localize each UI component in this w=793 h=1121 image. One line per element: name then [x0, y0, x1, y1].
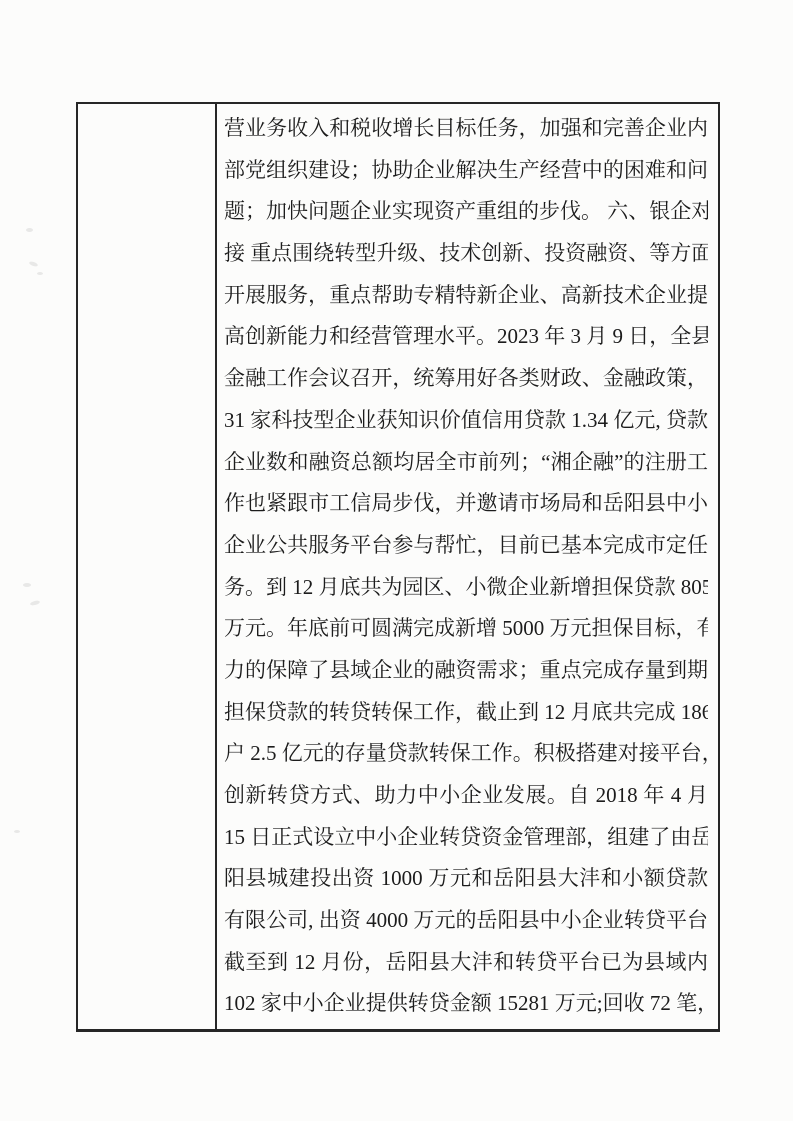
text-line: 务。到 12 月底共为园区、小微企业新增担保贷款 8050 — [224, 567, 708, 609]
text-line: 作也紧跟市工信局步伐，并邀请市场局和岳阳县中小 — [224, 483, 708, 525]
text-line: 31 家科技型企业获知识价值信用贷款 1.34 亿元, 贷款 — [224, 400, 708, 442]
text-line: 15 日正式设立中小企业转贷资金管理部，组建了由岳 — [224, 817, 708, 859]
text-line: 接 重点围绕转型升级、技术创新、投资融资、等方面 — [224, 233, 708, 275]
text-line: 题；加快问题企业实现资产重组的步伐。 六、银企对 — [224, 191, 708, 233]
text-line: 企业公共服务平台参与帮忙，目前已基本完成市定任 — [224, 525, 708, 567]
scan-speck — [37, 272, 43, 275]
scan-speck — [29, 261, 39, 268]
text-line: 有限公司, 出资 4000 万元的岳阳县中小企业转贷平台 — [224, 900, 708, 942]
text-line: 力的保障了县域企业的融资需求；重点完成存量到期 — [224, 650, 708, 692]
scan-speck — [14, 830, 20, 833]
text-line: 阳县城建投出资 1000 万元和岳阳县大沣和小额贷款 — [224, 858, 708, 900]
scanned-document-page: 营业务收入和税收增长目标任务，加强和完善企业内 部党组织建设；协助企业解决生产经… — [0, 0, 793, 1121]
scan-speck — [26, 228, 33, 232]
text-line: 创新转贷方式、助力中小企业发展。自 2018 年 4 月 — [224, 775, 708, 817]
text-line: 102 家中小企业提供转贷金额 15281 万元;回收 72 笔， — [224, 983, 708, 1025]
text-line: 万元。年底前可圆满完成新增 5000 万元担保目标，有 — [224, 608, 708, 650]
text-line: 担保贷款的转贷转保工作，截止到 12 月底共完成 186 — [224, 692, 708, 734]
text-line: 金融工作会议召开，统筹用好各类财政、金融政策， — [224, 358, 708, 400]
report-table: 营业务收入和税收增长目标任务，加强和完善企业内 部党组织建设；协助企业解决生产经… — [76, 102, 720, 1032]
table-label-cell-empty — [78, 104, 217, 1029]
table-content-cell: 营业务收入和税收增长目标任务，加强和完善企业内 部党组织建设；协助企业解决生产经… — [217, 104, 718, 1029]
text-line: 企业数和融资总额均居全市前列；“湘企融”的注册工 — [224, 442, 708, 484]
text-line: 开展服务，重点帮助专精特新企业、高新技术企业提 — [224, 275, 708, 317]
scan-speck — [30, 600, 41, 606]
text-line: 部党组织建设；协助企业解决生产经营中的困难和问 — [224, 150, 708, 192]
text-line: 营业务收入和税收增长目标任务，加强和完善企业内 — [224, 108, 708, 150]
text-line: 户 2.5 亿元的存量贷款转保工作。积极搭建对接平台， — [224, 733, 708, 775]
text-line: 截至到 12 月份，岳阳县大沣和转贷平台已为县域内 — [224, 942, 708, 984]
text-line: 高创新能力和经营管理水平。2023 年 3 月 9 日，全县 — [224, 316, 708, 358]
scan-speck — [23, 583, 31, 587]
